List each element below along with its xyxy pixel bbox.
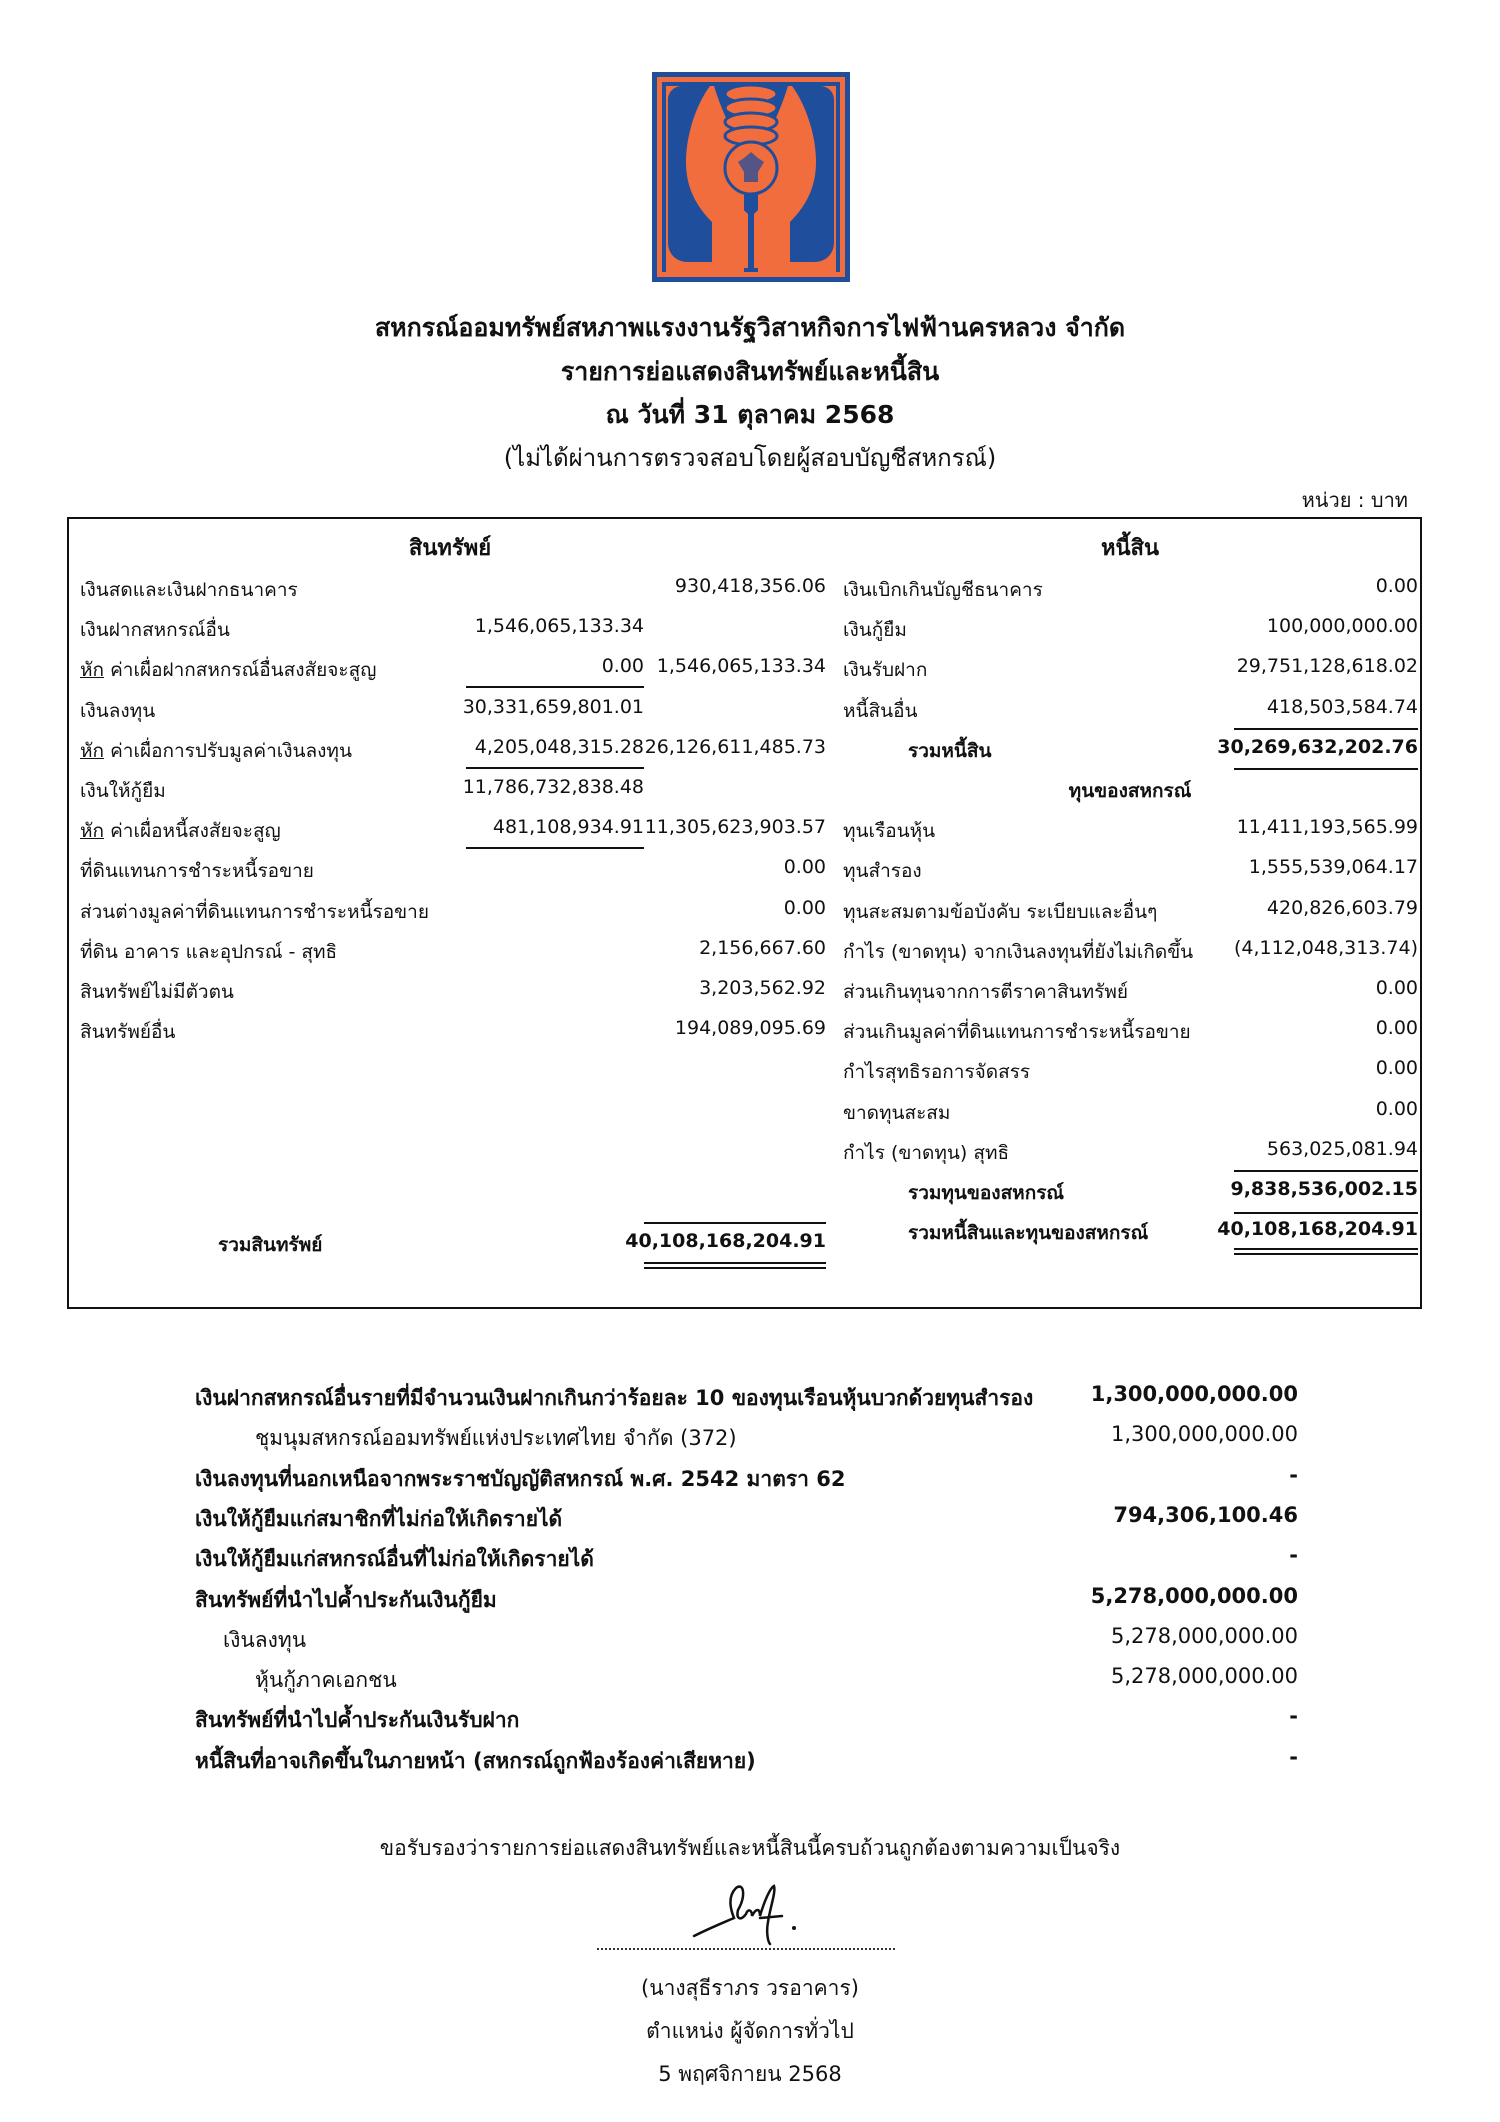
total-assets-label: รวมสินทรัพย์	[218, 1230, 322, 1260]
asset-value: 0.00	[784, 856, 826, 878]
asset-row-label: ส่วนต่างมูลค่าที่ดินแทนการชำระหนี้รอขาย	[80, 897, 429, 927]
equity-row-label: ส่วนเกินมูลค่าที่ดินแทนการชำระหนี้รอขาย	[843, 1017, 1191, 1047]
asset-value: 3,203,562.92	[699, 977, 826, 999]
rule	[1234, 768, 1418, 770]
less-prefix: หัก	[80, 659, 104, 681]
asset-label-text: สินทรัพย์อื่น	[80, 1021, 175, 1043]
asset-row-label: หัก ค่าเผื่อหนี้สงสัยจะสูญ	[80, 816, 281, 846]
asset-subvalue: 30,331,659,801.01	[463, 696, 644, 718]
equity-row-value: 0.00	[1376, 1017, 1418, 1039]
asset-label-text: ค่าเผื่อหนี้สงสัยจะสูญ	[104, 820, 281, 842]
note-value: -	[1289, 1463, 1298, 1487]
equity-row-value: 420,826,603.79	[1267, 897, 1418, 919]
liability-row-value: 418,503,584.74	[1267, 696, 1418, 718]
asset-value: 1,546,065,133.34	[657, 655, 826, 677]
asset-label-text: ที่ดิน อาคาร และอุปกรณ์ - สุทธิ	[80, 941, 337, 963]
report-title: รายการย่อแสดงสินทรัพย์และหนี้สิน	[0, 352, 1500, 392]
note-label: เงินลงทุน	[223, 1624, 306, 1657]
asset-subvalue: 11,786,732,838.48	[463, 776, 644, 798]
total-assets-value: 40,108,168,204.91	[625, 1230, 826, 1252]
less-prefix: หัก	[80, 820, 104, 842]
note-value: 1,300,000,000.00	[1091, 1382, 1298, 1406]
equity-row-value: 11,411,193,565.99	[1237, 816, 1418, 838]
asset-label-text: เงินให้กู้ยืม	[80, 780, 166, 802]
note-value: -	[1289, 1745, 1298, 1769]
liabilities-heading: หนี้สิน	[1101, 530, 1159, 565]
equity-row-label: ทุนสะสมตามข้อบังคับ ระเบียบและอื่นๆ	[843, 897, 1157, 927]
rule	[644, 1222, 826, 1224]
signature-icon	[690, 1878, 810, 1948]
double-rule	[644, 1262, 826, 1269]
rule	[1234, 1212, 1418, 1214]
equity-row-label: กำไรสุทธิรอการจัดสรร	[843, 1057, 1030, 1087]
equity-heading: ทุนของสหกรณ์	[1069, 776, 1192, 806]
rule	[466, 767, 644, 769]
rule	[466, 686, 644, 688]
note-label: หนี้สินที่อาจเกิดขึ้นในภายหน้า (สหกรณ์ถู…	[195, 1745, 756, 1778]
report-date: ณ วันที่ 31 ตุลาคม 2568	[0, 395, 1500, 435]
asset-label-text: ค่าเผื่อฝากสหกรณ์อื่นสงสัยจะสูญ	[104, 659, 376, 681]
equity-row-value: (4,112,048,313.74)	[1234, 937, 1418, 959]
asset-row-label: ที่ดิน อาคาร และอุปกรณ์ - สุทธิ	[80, 937, 337, 967]
total-equity-value: 9,838,536,002.15	[1230, 1178, 1418, 1200]
asset-row-label: เงินลงทุน	[80, 696, 155, 726]
signer-name: (นางสุธีราภร วรอาคาร)	[0, 1972, 1500, 2005]
asset-subvalue: 481,108,934.91	[493, 816, 644, 838]
total-equity-label: รวมทุนของสหกรณ์	[908, 1178, 1064, 1208]
note-label: เงินให้กู้ยืมแก่สหกรณ์อื่นที่ไม่ก่อให้เก…	[195, 1543, 594, 1576]
note-label: เงินลงทุนที่นอกเหนือจากพระราชบัญญัติสหกร…	[195, 1463, 845, 1496]
asset-value: 2,156,667.60	[699, 937, 826, 959]
liability-row-value: 29,751,128,618.02	[1237, 655, 1418, 677]
equity-row-label: กำไร (ขาดทุน) จากเงินลงทุนที่ยังไม่เกิดข…	[843, 937, 1193, 967]
note-value: 794,306,100.46	[1113, 1503, 1298, 1527]
asset-row-label: สินทรัพย์อื่น	[80, 1017, 175, 1047]
liability-row-label: หนี้สินอื่น	[843, 696, 918, 726]
note-value: 5,278,000,000.00	[1111, 1664, 1298, 1688]
equity-row-value: 563,025,081.94	[1267, 1138, 1418, 1160]
asset-value: 0.00	[784, 897, 826, 919]
equity-row-label: ทุนสำรอง	[843, 856, 922, 886]
equity-row-label: ขาดทุนสะสม	[843, 1098, 950, 1128]
asset-label-text: เงินฝากสหกรณ์อื่น	[80, 619, 230, 641]
asset-row-label: เงินฝากสหกรณ์อื่น	[80, 615, 230, 645]
liability-row-label: เงินรับฝาก	[843, 655, 927, 685]
certification-statement: ขอรับรองว่ารายการย่อแสดงสินทรัพย์และหนี้…	[0, 1832, 1500, 1865]
liability-row-label: เงินกู้ยืม	[843, 615, 907, 645]
equity-row-value: 0.00	[1376, 1098, 1418, 1120]
liability-row-label: เงินเบิกเกินบัญชีธนาคาร	[843, 575, 1043, 605]
rule	[1234, 1170, 1418, 1172]
asset-value: 11,305,623,903.57	[645, 816, 826, 838]
asset-label-text: เงินสดและเงินฝากธนาคาร	[80, 579, 298, 601]
equity-row-value: 0.00	[1376, 977, 1418, 999]
cooperative-logo	[652, 72, 850, 282]
total-liabilities-equity-label: รวมหนี้สินและทุนของสหกรณ์	[908, 1218, 1148, 1248]
signature-line	[597, 1948, 895, 1950]
note-label: สินทรัพย์ที่นำไปค้ำประกันเงินกู้ยืม	[195, 1584, 497, 1617]
total-liabilities-value: 30,269,632,202.76	[1217, 736, 1418, 758]
asset-subvalue: 1,546,065,133.34	[475, 615, 644, 637]
equity-row-label: ทุนเรือนหุ้น	[843, 816, 935, 846]
equity-row-label: ส่วนเกินทุนจากการตีราคาสินทรัพย์	[843, 977, 1128, 1007]
rule	[1234, 728, 1418, 730]
asset-row-label: สินทรัพย์ไม่มีตัวตน	[80, 977, 234, 1007]
asset-row-label: ที่ดินแทนการชำระหนี้รอขาย	[80, 856, 314, 886]
asset-row-label: หัก ค่าเผื่อการปรับมูลค่าเงินลงทุน	[80, 736, 352, 766]
asset-row-label: หัก ค่าเผื่อฝากสหกรณ์อื่นสงสัยจะสูญ	[80, 655, 376, 685]
asset-row-label: เงินสดและเงินฝากธนาคาร	[80, 575, 298, 605]
audit-note: (ไม่ได้ผ่านการตรวจสอบโดยผู้สอบบัญชีสหกรณ…	[0, 438, 1500, 477]
less-prefix: หัก	[80, 740, 104, 762]
liability-row-value: 0.00	[1376, 575, 1418, 597]
note-value: 5,278,000,000.00	[1111, 1624, 1298, 1648]
note-label: เงินให้กู้ยืมแก่สมาชิกที่ไม่ก่อให้เกิดรา…	[195, 1503, 562, 1536]
asset-label-text: สินทรัพย์ไม่มีตัวตน	[80, 981, 234, 1003]
asset-row-label: เงินให้กู้ยืม	[80, 776, 166, 806]
equity-row-value: 0.00	[1376, 1057, 1418, 1079]
note-value: 1,300,000,000.00	[1111, 1422, 1298, 1446]
assets-heading: สินทรัพย์	[409, 530, 491, 565]
signer-position: ตำแหน่ง ผู้จัดการทั่วไป	[0, 2015, 1500, 2048]
total-liabilities-equity-value: 40,108,168,204.91	[1217, 1218, 1418, 1240]
total-liabilities-label: รวมหนี้สิน	[908, 736, 992, 766]
note-label: เงินฝากสหกรณ์อื่นรายที่มีจำนวนเงินฝากเกิ…	[195, 1382, 1033, 1415]
organization-name: สหกรณ์ออมทรัพย์สหภาพแรงงานรัฐวิสาหกิจการ…	[0, 308, 1500, 348]
equity-row-label: กำไร (ขาดทุน) สุทธิ	[843, 1138, 1009, 1168]
asset-label-text: ค่าเผื่อการปรับมูลค่าเงินลงทุน	[104, 740, 352, 762]
liability-row-value: 100,000,000.00	[1267, 615, 1418, 637]
asset-subvalue: 4,205,048,315.28	[475, 736, 644, 758]
asset-value: 930,418,356.06	[675, 575, 826, 597]
asset-label-text: ที่ดินแทนการชำระหนี้รอขาย	[80, 860, 314, 882]
hands-coin-stack-icon	[652, 72, 850, 282]
rule	[466, 847, 644, 849]
note-label: ชุมนุมสหกรณ์ออมทรัพย์แห่งประเทศไทย จำกัด…	[255, 1422, 737, 1455]
asset-label-text: ส่วนต่างมูลค่าที่ดินแทนการชำระหนี้รอขาย	[80, 901, 429, 923]
note-value: -	[1289, 1704, 1298, 1728]
note-value: 5,278,000,000.00	[1091, 1584, 1298, 1608]
asset-subvalue: 0.00	[602, 655, 644, 677]
equity-row-value: 1,555,539,064.17	[1249, 856, 1418, 878]
asset-value: 194,089,095.69	[675, 1017, 826, 1039]
asset-value: 26,126,611,485.73	[645, 736, 826, 758]
currency-unit: หน่วย : บาท	[1302, 484, 1408, 516]
note-label: สินทรัพย์ที่นำไปค้ำประกันเงินรับฝาก	[195, 1704, 519, 1737]
double-rule	[1234, 1248, 1418, 1255]
note-label: หุ้นกู้ภาคเอกชน	[255, 1664, 397, 1697]
note-value: -	[1289, 1543, 1298, 1567]
signature-date: 5 พฤศจิกายน 2568	[0, 2058, 1500, 2091]
asset-label-text: เงินลงทุน	[80, 700, 155, 722]
